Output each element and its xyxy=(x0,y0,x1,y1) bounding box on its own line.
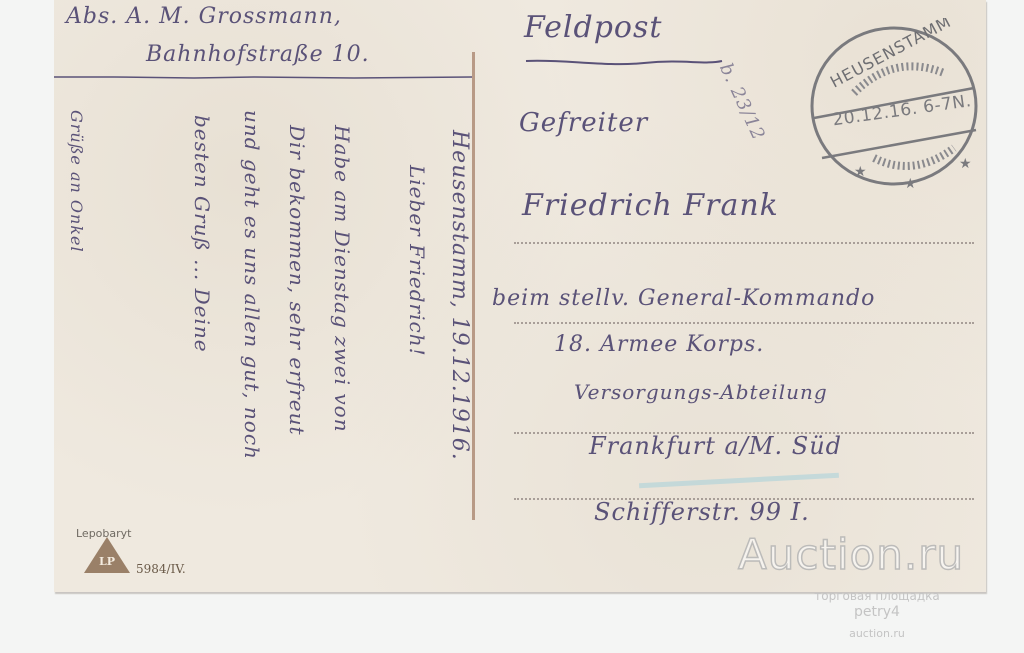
message-line-1: Heusenstamm, 19.12.1916. xyxy=(447,130,472,461)
recipient-line-2: Friedrich Frank xyxy=(522,188,779,223)
svg-text:★: ★ xyxy=(959,156,972,172)
pencil-note: b. 23/12 xyxy=(715,60,769,144)
message-line-3: Habe am Dienstag zwei von xyxy=(330,125,354,433)
watermark-seller: petry4 xyxy=(792,604,962,620)
feldpost-underline xyxy=(524,55,724,75)
publisher-logo: LP xyxy=(84,537,130,573)
message-line-7: Grüße an Onkel xyxy=(67,110,86,253)
recipient-line-6: Frankfurt a/M. Süd xyxy=(589,432,842,460)
recipient-line-5: Versorgungs-Abteilung xyxy=(574,380,828,404)
return-address-divider xyxy=(54,76,472,79)
address-line-1 xyxy=(514,242,974,244)
recipient-line-4: 18. Armee Korps. xyxy=(554,332,764,357)
svg-text:★: ★ xyxy=(904,176,917,192)
message-line-4: Dir bekommen, sehr erfreut xyxy=(285,125,309,436)
feldpost-label: Feldpost xyxy=(524,10,662,45)
sender-line-1: Abs. A. M. Grossmann, xyxy=(66,4,342,29)
watermark-tagline: торговая площадка xyxy=(792,589,962,603)
recipient-line-1: Gefreiter xyxy=(519,108,648,138)
logo-text: LP xyxy=(84,555,130,568)
svg-text:★: ★ xyxy=(854,164,867,180)
message-line-2: Lieber Friedrich! xyxy=(405,165,429,357)
recipient-line-7: Schifferstr. 99 I. xyxy=(594,498,810,526)
recipient-line-3: beim stellv. General-Kommando xyxy=(492,286,875,311)
catalog-number: 5984/IV. xyxy=(136,562,186,576)
message-line-5: und geht es uns allen gut, noch xyxy=(240,110,264,460)
address-line-2 xyxy=(514,322,974,324)
message-address-divider xyxy=(472,52,475,520)
watermark-logo: Auction.ru xyxy=(738,530,964,579)
postmark: ★ ★ ★ HEUSENSTAMM 20.12.16. 6-7N. xyxy=(804,18,979,193)
sender-line-2: Bahnhofstraße 10. xyxy=(146,42,370,67)
message-line-6: besten Gruß ... Deine xyxy=(190,115,214,353)
blue-mark xyxy=(639,473,839,488)
postcard: Abs. A. M. Grossmann, Bahnhofstraße 10. … xyxy=(54,0,986,592)
watermark-site: auction.ru xyxy=(792,627,962,640)
